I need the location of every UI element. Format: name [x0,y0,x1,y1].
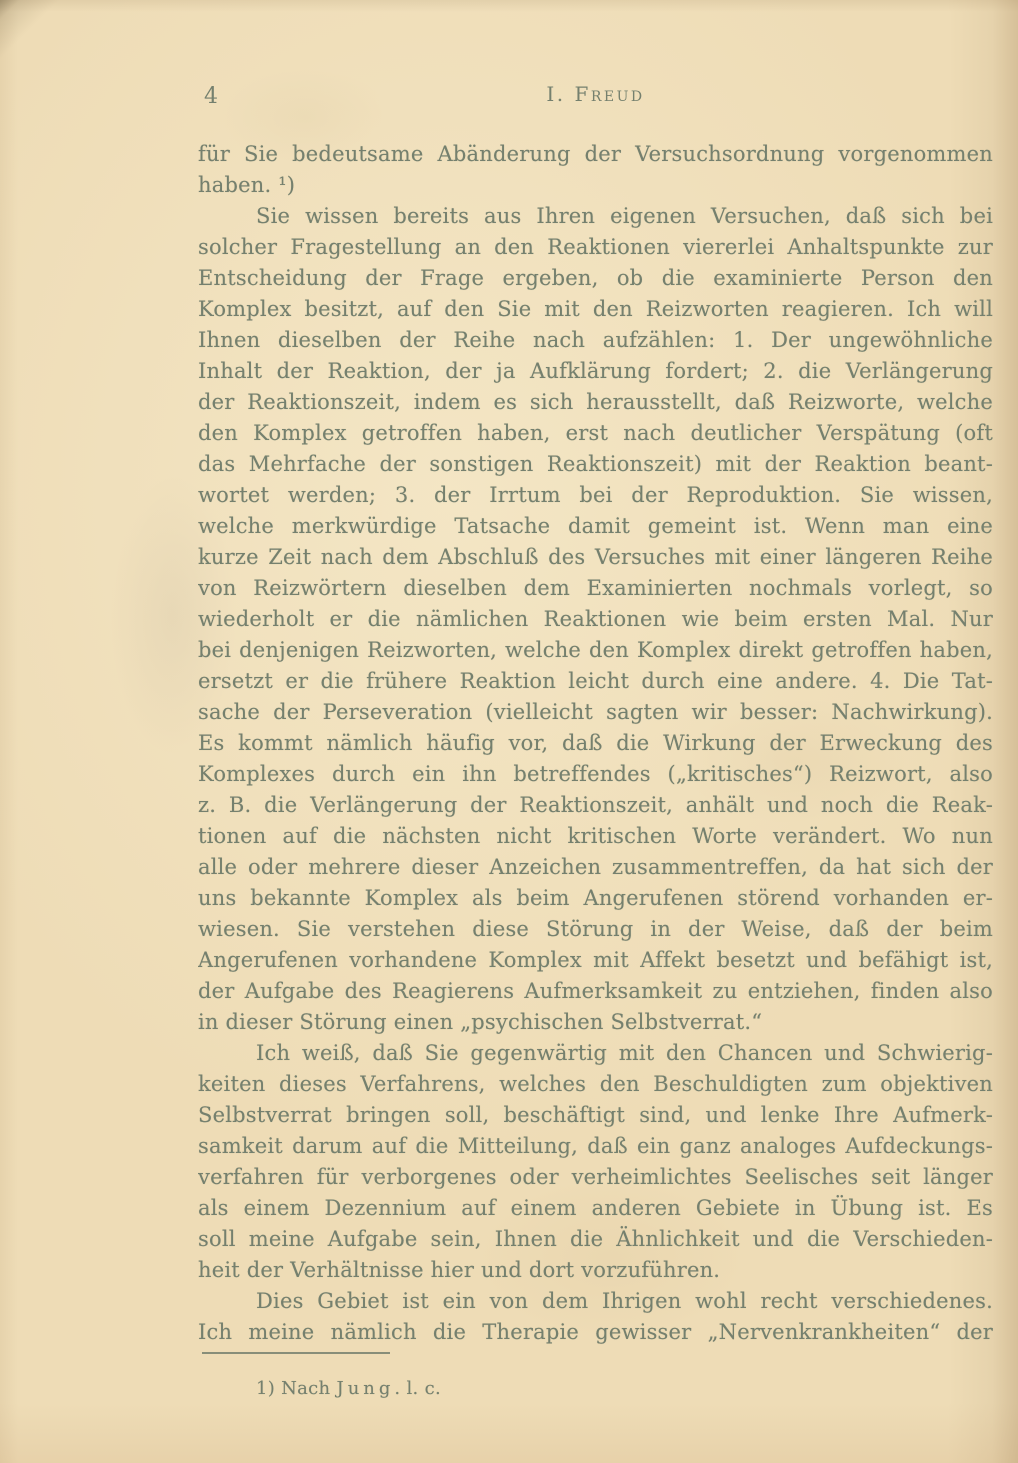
text-line: ersetzt er die frühere Reaktion leicht d… [198,666,993,697]
scanned-book-page: 4 I. Freud für Sie bedeutsame Abänderung… [0,0,1018,1463]
text-line: Ihnen dieselben der Reihe nach aufzählen… [198,325,993,356]
text-line: der Reaktionszeit, indem es sich herauss… [198,387,993,418]
text-line: für Sie bedeutsame Abänderung der Versuc… [198,139,993,170]
text-line: Ich weiß, daß Sie gegenwärtig mit den Ch… [198,1038,993,1069]
text-line: Angerufenen vorhandene Komplex mit Affek… [198,945,993,976]
text-line: wiederholt er die nämlichen Reaktionen w… [198,604,993,635]
text-line: Komplexes durch ein ihn betreffendes („k… [198,759,993,790]
text-line: das Mehrfache der sonstigen Reaktionszei… [198,449,993,480]
page-header: 4 I. Freud [198,82,993,112]
text-line: wiesen. Sie verstehen diese Störung in d… [198,914,993,945]
text-line: Es kommt nämlich häufig vor, daß die Wir… [198,728,993,759]
text-line: Sie wissen bereits aus Ihren eigenen Ver… [198,201,993,232]
text-line: bei denjenigen Reizworten, welche den Ko… [198,635,993,666]
text-line: der Aufgabe des Reagierens Aufmerksamkei… [198,976,993,1007]
text-line: kurze Zeit nach dem Abschluß des Versuch… [198,542,993,573]
text-line: Inhalt der Reaktion, der ja Aufklärung f… [198,356,993,387]
text-line: verfahren für verborgenes oder verheimli… [198,1162,993,1193]
text-line: den Komplex getroffen haben, erst nach d… [198,418,993,449]
text-line: soll meine Aufgabe sein, Ihnen die Ähnli… [198,1224,993,1255]
text-line: als einem Dezennium auf einem anderen Ge… [198,1193,993,1224]
text-line: sache der Perseveration (vielleicht sagt… [198,697,993,728]
text-line: uns bekannte Komplex als beim Angerufene… [198,883,993,914]
footnote-post: . l. c. [394,1378,441,1399]
footnote-rule [202,1352,390,1354]
text-line: Komplex besitzt, auf den Sie mit den Rei… [198,294,993,325]
running-title: I. Freud [198,82,993,106]
text-line: heit der Verhältnisse hier und dort vorz… [198,1255,993,1286]
footnote: 1) Nach Jung. l. c. [198,1376,993,1402]
footnote-author: Jung [336,1378,394,1399]
text-line: Dies Gebiet ist ein von dem Ihrigen wohl… [198,1286,993,1317]
text-line: von Reizwörtern dieselben dem Examiniert… [198,573,993,604]
text-line: haben. ¹) [198,170,993,201]
text-line: solcher Fragestellung an den Reaktionen … [198,232,993,263]
text-line: z. B. die Verlängerung der Reaktionszeit… [198,790,993,821]
text-block: für Sie bedeutsame Abänderung der Versuc… [198,139,993,1348]
footnote-pre: Nach [275,1378,336,1399]
text-line: in dieser Störung einen „psychischen Sel… [198,1007,993,1038]
text-line: welche merkwürdige Tatsache damit gemein… [198,511,993,542]
footnote-marker: 1) [256,1378,275,1399]
text-line: alle oder mehrere dieser Anzeichen zusam… [198,852,993,883]
text-line: Ich meine nämlich die Therapie gewisser … [198,1317,993,1348]
text-line: samkeit darum auf die Mitteilung, daß ei… [198,1131,993,1162]
text-line: wortet werden; 3. der Irrtum bei der Rep… [198,480,993,511]
text-line: keiten dieses Verfahrens, welches den Be… [198,1069,993,1100]
page-number: 4 [204,84,219,109]
text-line: tionen auf die nächsten nicht kritischen… [198,821,993,852]
text-line: Entscheidung der Frage ergeben, ob die e… [198,263,993,294]
text-line: Selbstverrat bringen soll, beschäftigt s… [198,1100,993,1131]
